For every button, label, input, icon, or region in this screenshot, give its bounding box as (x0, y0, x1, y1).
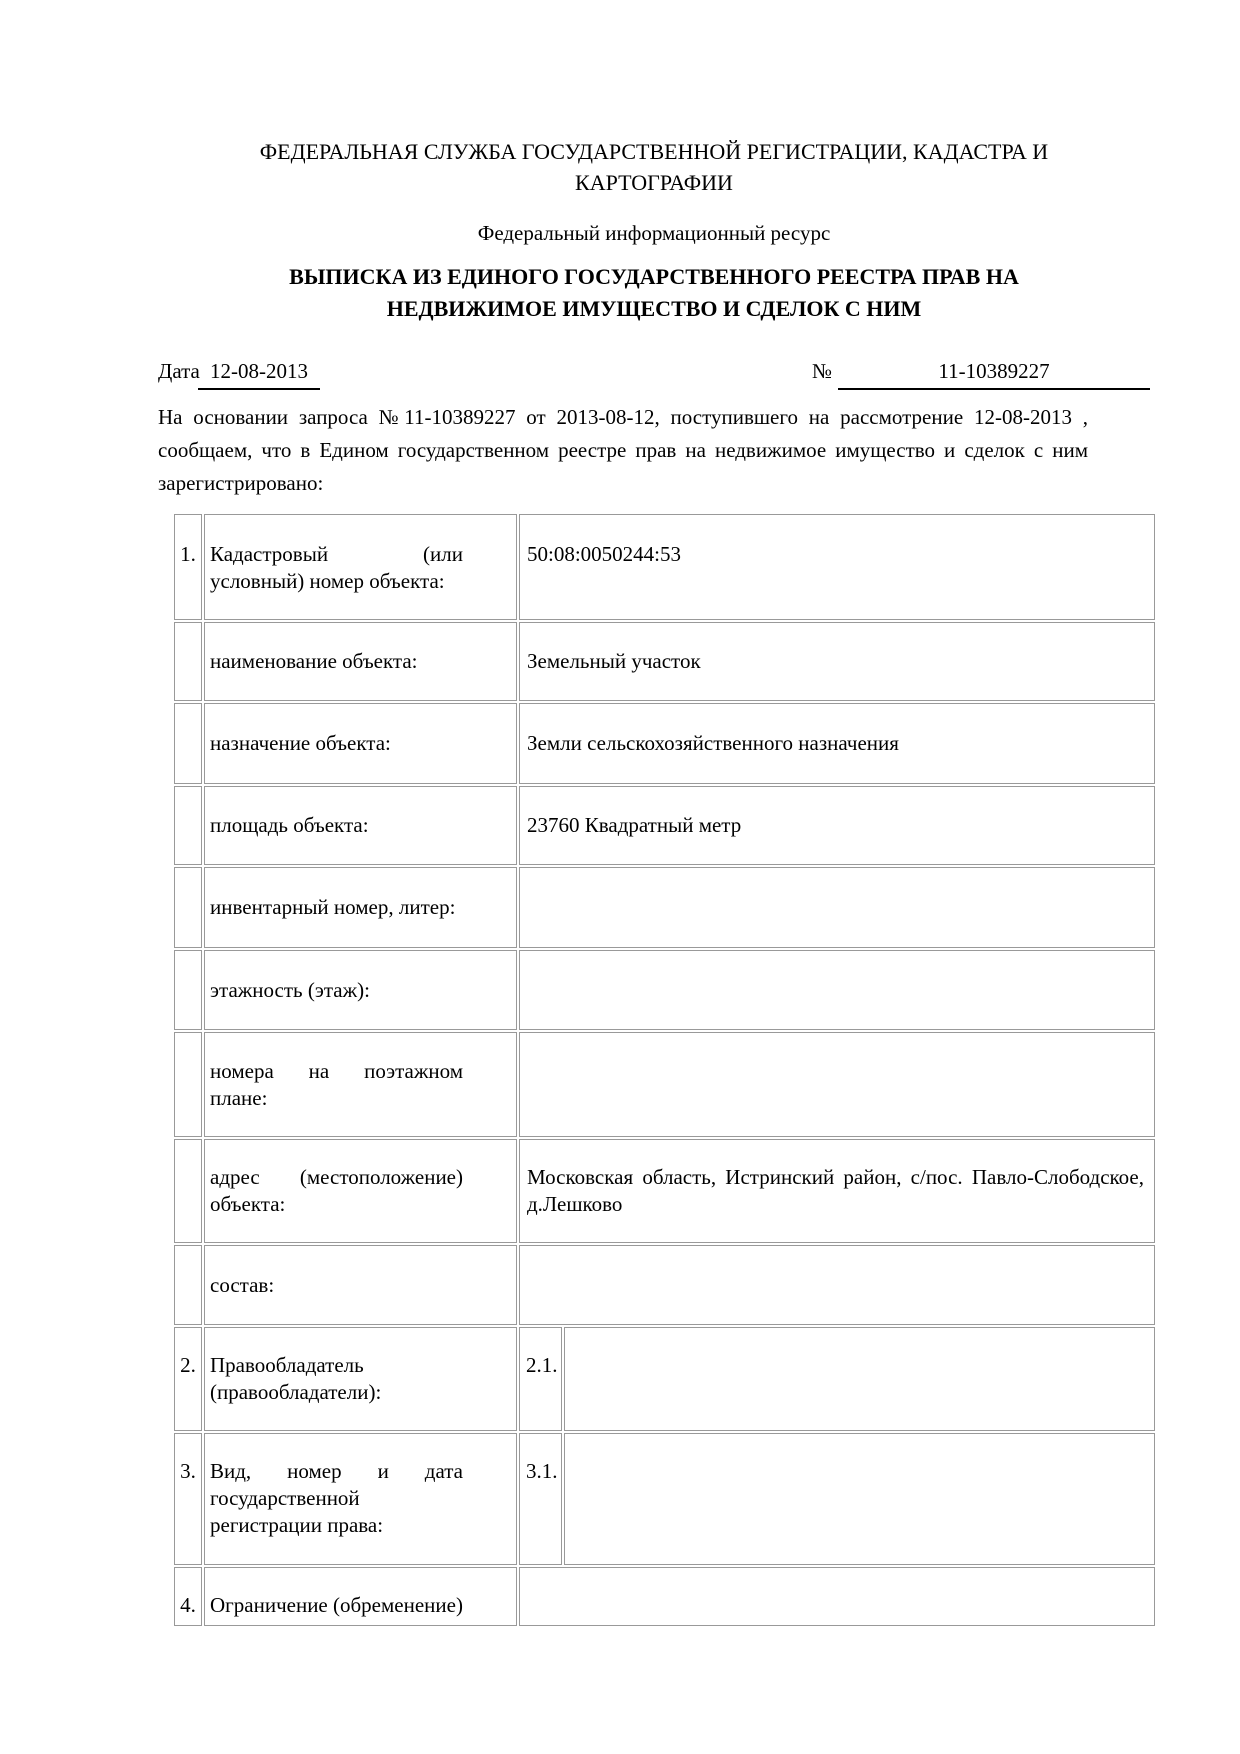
table-row: 4. Ограничение (обременение) (174, 1567, 1155, 1626)
org-name-line-2: КАРТОГРАФИИ (158, 167, 1150, 198)
row-value (564, 1327, 1155, 1431)
row-label: Правообладатель (правообладатели): (204, 1327, 517, 1431)
number-label: № (812, 359, 832, 384)
row-value (519, 1032, 1155, 1137)
row-number: 3. (174, 1433, 202, 1565)
number-value: 11-10389227 (838, 359, 1150, 390)
document-title-line-2: НЕДВИЖИМОЕ ИМУЩЕСТВО И СДЕЛОК С НИМ (158, 293, 1150, 325)
row-value (519, 867, 1155, 948)
row-label: Ограничение (обременение) (204, 1567, 517, 1626)
document-title-line-1: ВЫПИСКА ИЗ ЕДИНОГО ГОСУДАРСТВЕННОГО РЕЕС… (158, 261, 1150, 293)
row-label: площадь объекта: (204, 786, 517, 865)
table-row: адрес (местоположение) объекта: Московск… (174, 1139, 1155, 1243)
row-label: номера на поэтажном плане: (204, 1032, 517, 1137)
row-label: состав: (204, 1245, 517, 1325)
table-row: наименование объекта: Земельный участок (174, 622, 1155, 701)
row-value (564, 1433, 1155, 1565)
document-header: ФЕДЕРАЛЬНАЯ СЛУЖБА ГОСУДАРСТВЕННОЙ РЕГИС… (158, 136, 1150, 325)
row-label: наименование объекта: (204, 622, 517, 701)
row-label: назначение объекта: (204, 703, 517, 784)
table-row: 1. Кадастровый (или условный) номер объе… (174, 514, 1155, 620)
row-value: 23760 Квадратный метр (519, 786, 1155, 865)
row-label: Вид, номер и дата государственной регист… (204, 1433, 517, 1565)
row-number: 2. (174, 1327, 202, 1431)
row-value: Московская область, Истринский район, с/… (519, 1139, 1155, 1243)
row-value: Земельный участок (519, 622, 1155, 701)
row-number: 4. (174, 1567, 202, 1626)
table-row: состав: (174, 1245, 1155, 1325)
org-name-line-1: ФЕДЕРАЛЬНАЯ СЛУЖБА ГОСУДАРСТВЕННОЙ РЕГИС… (158, 136, 1150, 167)
registry-table: 1. Кадастровый (или условный) номер объе… (172, 512, 1157, 1628)
table-row: 2. Правообладатель (правообладатели): 2.… (174, 1327, 1155, 1431)
intro-paragraph: На основании запроса №11-10389227 от 201… (158, 401, 1088, 500)
resource-subtitle: Федеральный информационный ресурс (158, 220, 1150, 247)
table-row: площадь объекта: 23760 Квадратный метр (174, 786, 1155, 865)
table-row: назначение объекта: Земли сельскохозяйст… (174, 703, 1155, 784)
row-number (174, 622, 202, 701)
row-value (519, 950, 1155, 1030)
row-number (174, 786, 202, 865)
row-number: 1. (174, 514, 202, 620)
reference-line: Дата 12-08-2013 № 11-10389227 (0, 359, 1240, 395)
row-sub-number: 2.1. (519, 1327, 562, 1431)
row-label: адрес (местоположение) объекта: (204, 1139, 517, 1243)
document-page: ФЕДЕРАЛЬНАЯ СЛУЖБА ГОСУДАРСТВЕННОЙ РЕГИС… (0, 0, 1240, 1754)
date-label: Дата (158, 359, 200, 384)
row-label: инвентарный номер, литер: (204, 867, 517, 948)
table-row: этажность (этаж): (174, 950, 1155, 1030)
row-number (174, 1139, 202, 1243)
row-label: этажность (этаж): (204, 950, 517, 1030)
table-row: инвентарный номер, литер: (174, 867, 1155, 948)
row-value: 50:08:0050244:53 (519, 514, 1155, 620)
row-number (174, 867, 202, 948)
row-value: Земли сельскохозяйственного назначения (519, 703, 1155, 784)
row-number (174, 1245, 202, 1325)
row-number (174, 950, 202, 1030)
row-value (519, 1567, 1155, 1626)
row-label: Кадастровый (или условный) номер объекта… (204, 514, 517, 620)
row-sub-number: 3.1. (519, 1433, 562, 1565)
table-row: номера на поэтажном плане: (174, 1032, 1155, 1137)
row-number (174, 1032, 202, 1137)
date-value: 12-08-2013 (198, 359, 320, 390)
document-title: ВЫПИСКА ИЗ ЕДИНОГО ГОСУДАРСТВЕННОГО РЕЕС… (158, 261, 1150, 325)
table-row: 3. Вид, номер и дата государственной рег… (174, 1433, 1155, 1565)
row-value (519, 1245, 1155, 1325)
row-number (174, 703, 202, 784)
